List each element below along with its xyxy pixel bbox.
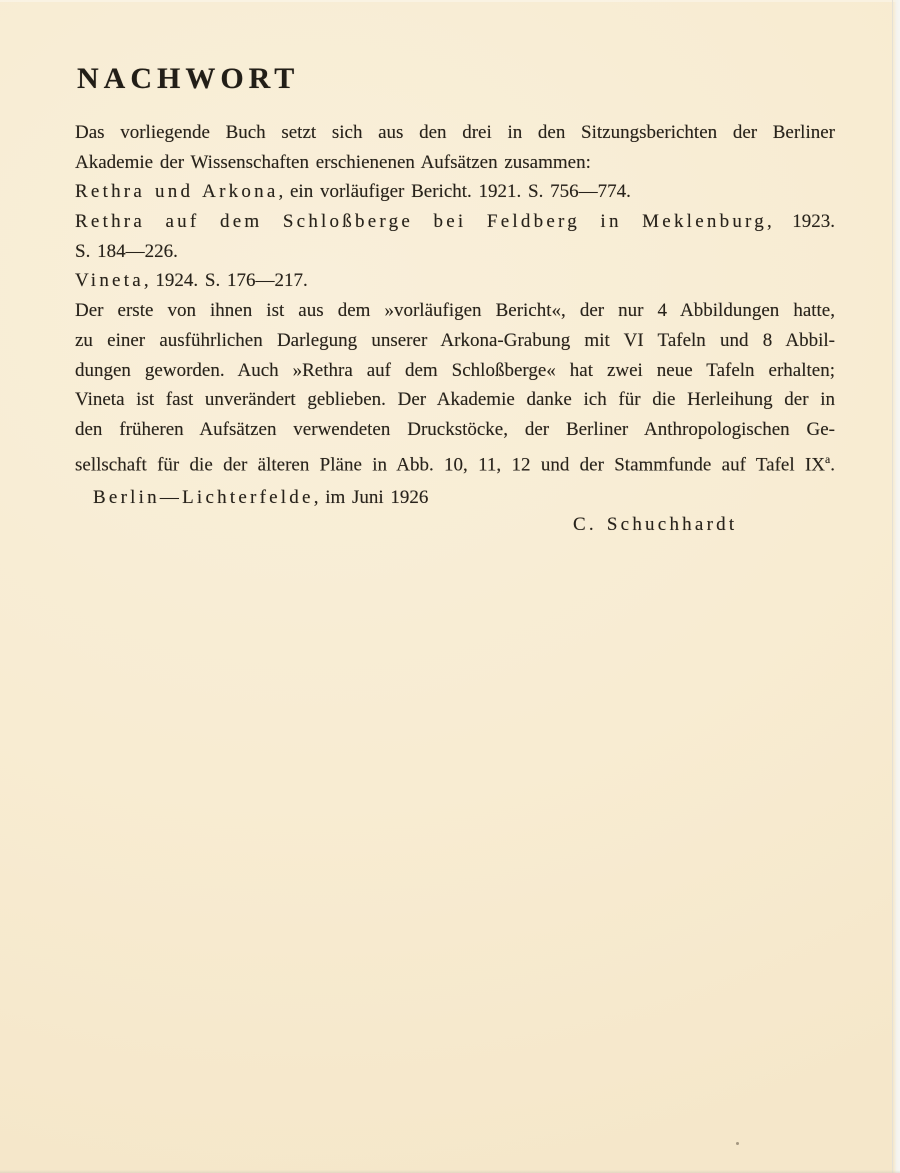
text-line: Der erste von ihnen ist aus dem »vorläuf…	[75, 296, 835, 326]
text-segment: .	[830, 454, 835, 475]
text-line: S. 184—226.	[75, 237, 835, 267]
scanner-edge-strip	[892, 0, 900, 1173]
text-segment: S. 184—226.	[75, 241, 178, 262]
text-line: Rethra und Arkona, ein vorläufiger Beric…	[75, 177, 835, 207]
letterspaced-segment: Berlin—Lichterfelde	[93, 487, 314, 508]
letterspaced-segment: Rethra auf dem Schloßberge bei Feldberg …	[75, 211, 775, 232]
text-line: dungen geworden. Auch »Rethra auf dem Sc…	[75, 356, 835, 386]
text-segment: den früheren Aufsätzen verwendeten Druck…	[75, 419, 835, 440]
text-line: Vineta ist fast unverändert geblieben. D…	[75, 385, 835, 415]
text-segment: dungen geworden. Auch »Rethra auf dem Sc…	[75, 360, 835, 381]
text-line: sellschaft für die der älteren Pläne in …	[75, 445, 835, 475]
text-segment: , ein vorläufiger Bericht. 1921. S. 756—…	[279, 181, 631, 202]
text-segment: Der erste von ihnen ist aus dem »vorläuf…	[75, 300, 835, 321]
body-text: Das vorliegende Buch setzt sich aus den …	[75, 118, 835, 474]
text-segment: 1923.	[775, 211, 835, 232]
text-segment: , 1924. S. 176—217.	[144, 270, 308, 291]
page-content: NACHWORT Das vorliegende Buch setzt sich…	[75, 0, 835, 538]
text-segment: Akademie der Wissenschaften erschienenen…	[75, 152, 591, 173]
paper-speck	[736, 1142, 739, 1145]
text-segment: , im Juni 1926	[314, 487, 429, 508]
signature: C. Schuchhardt	[75, 511, 835, 538]
text-line: zu einer ausführlichen Darlegung unserer…	[75, 326, 835, 356]
text-segment: Vineta ist fast unverändert geblieben. D…	[75, 389, 835, 410]
dateline: Berlin—Lichterfelde, im Juni 1926	[75, 484, 835, 511]
text-segment: Das vorliegende Buch setzt sich aus den …	[75, 122, 835, 143]
letterspaced-segment: Vineta	[75, 270, 144, 291]
text-line: Akademie der Wissenschaften erschienenen…	[75, 148, 835, 178]
letterspaced-segment: C. Schuchhardt	[573, 514, 737, 535]
text-line: Das vorliegende Buch setzt sich aus den …	[75, 118, 835, 148]
text-segment: zu einer ausführlichen Darlegung unserer…	[75, 330, 835, 351]
letterspaced-segment: Rethra und Arkona	[75, 181, 279, 202]
text-segment: sellschaft für die der älteren Pläne in …	[75, 454, 825, 475]
text-line: den früheren Aufsätzen verwendeten Druck…	[75, 415, 835, 445]
scanned-book-page: NACHWORT Das vorliegende Buch setzt sich…	[0, 0, 900, 1173]
text-line: Rethra auf dem Schloßberge bei Feldberg …	[75, 207, 835, 237]
page-title: NACHWORT	[77, 64, 835, 94]
text-line: Vineta, 1924. S. 176—217.	[75, 266, 835, 296]
closing-block: Berlin—Lichterfelde, im Juni 1926 C. Sch…	[75, 484, 835, 538]
